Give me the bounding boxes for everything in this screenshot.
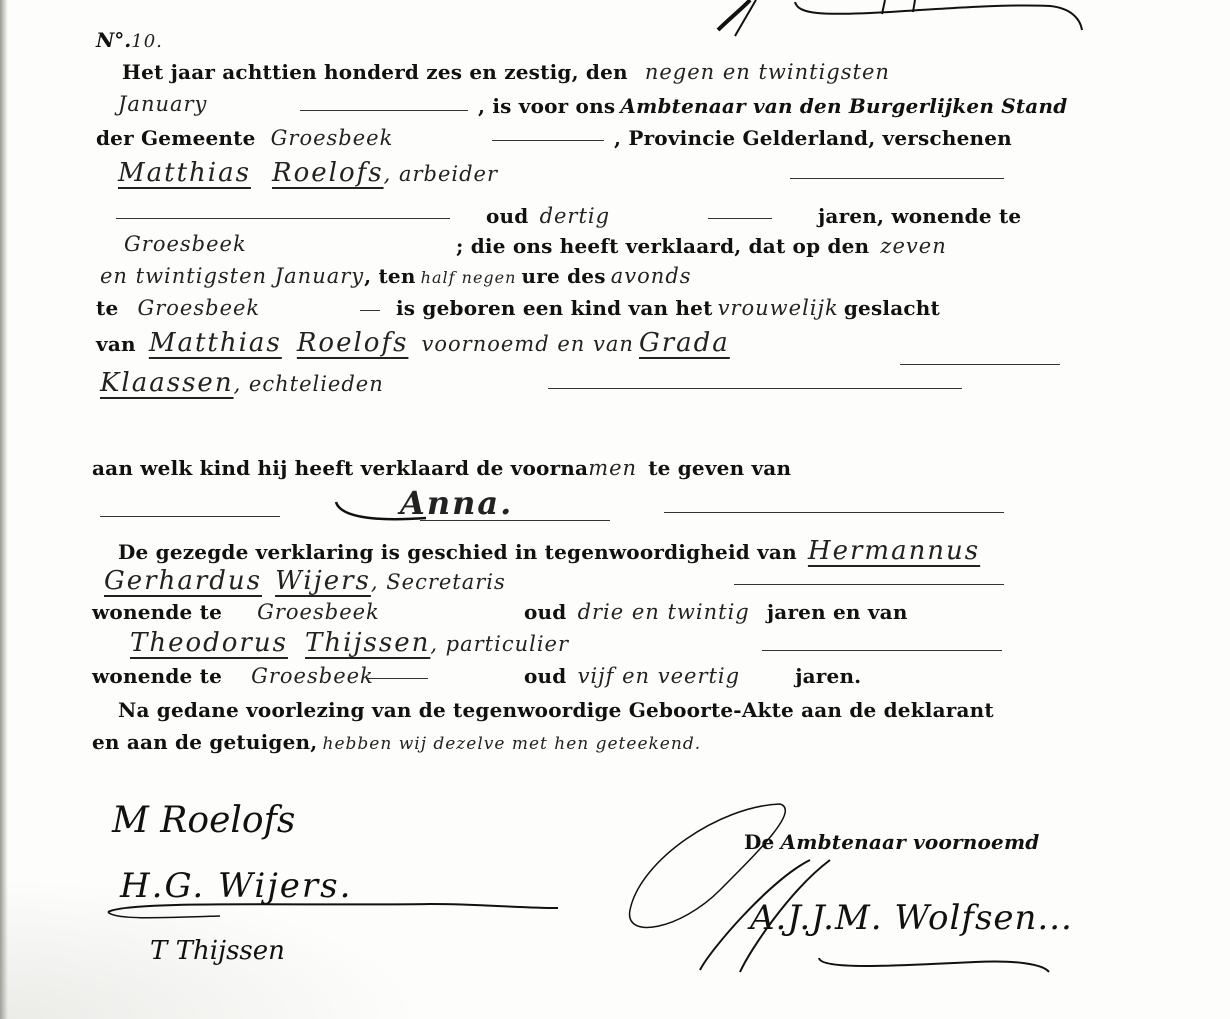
line-9: van Matthias Roelofs voornoemd en van Gr…: [96, 328, 730, 358]
fill-line: [790, 178, 1004, 179]
line-6: Groesbeek: [124, 232, 247, 256]
signature-official: A.J.J.M. Wolfsen...: [750, 898, 1073, 938]
top-signature-flourish: [690, 0, 1090, 40]
witness1-occupation: , Secretaris: [371, 570, 506, 594]
mother-last-name: Klaassen: [100, 368, 234, 398]
declarant-last-name: Roelofs: [272, 158, 384, 188]
printed-text: wonende te: [92, 600, 222, 624]
father-first-name: Matthias: [149, 328, 282, 358]
mother-first-name: Grada: [639, 328, 730, 358]
witness2-occupation: , particulier: [430, 632, 569, 656]
fill-line: [492, 140, 604, 141]
fill-line: [548, 388, 962, 389]
witness1-last-name: Wijers: [275, 566, 371, 596]
line-3b: , Provincie Gelderland, verschenen: [614, 126, 1012, 150]
line-2b: , is voor ons Ambtenaar van den Burgerli…: [478, 94, 1067, 118]
witness1-residence: Groesbeek: [257, 600, 380, 624]
line-6b: ; die ons heeft verklaard, dat op den ze…: [456, 234, 947, 258]
printed-text: , Provincie Gelderland, verschenen: [614, 126, 1012, 150]
handwritten-birth-time: half negen: [421, 268, 517, 287]
printed-text: en aan de getuigen,: [92, 730, 317, 754]
printed-text: te: [96, 296, 118, 320]
printed-italic-title: Ambtenaar van den Burgerlijken Stand: [620, 94, 1067, 118]
line-19: en aan de getuigen, hebben wij dezelve m…: [92, 730, 701, 754]
printed-text: te geven van: [648, 456, 791, 480]
line-10: Klaassen, echtelieden: [100, 368, 384, 398]
number-value: 10.: [131, 31, 163, 52]
printed-text: jaren en van: [767, 600, 908, 624]
printed-text: oud: [486, 204, 528, 228]
fill-line: [734, 584, 1004, 585]
signature-declarant: M Roelofs: [112, 800, 295, 841]
handwritten-marital-status: , echtelieden: [234, 372, 384, 396]
line-18: Na gedane voorlezing van de tegenwoordig…: [118, 698, 994, 722]
number-label: N°.: [96, 28, 131, 52]
witness2-age: vijf en veertig: [578, 664, 741, 688]
certificate-number: N°.10.: [96, 28, 163, 52]
scan-edge: [0, 0, 8, 1019]
printed-text: , is voor ons: [478, 94, 615, 118]
line-4: Matthias Roelofs, arbeider: [118, 158, 498, 188]
line-17: wonende te Groesbeek: [92, 664, 374, 688]
line-12: Anna.: [400, 484, 513, 522]
line-7: en twintigsten January, ten half negen u…: [100, 264, 692, 288]
declarant-first-name: Matthias: [118, 158, 251, 188]
line-14: Gerhardus Wijers, Secretaris: [104, 566, 506, 596]
printed-text: der Gemeente: [96, 126, 256, 150]
printed-text: geslacht: [844, 296, 940, 320]
line-5b: jaren, wonende te: [818, 204, 1021, 228]
handwritten-age: dertig: [540, 204, 611, 228]
fill-line: [708, 218, 772, 219]
line-5: oud dertig: [486, 204, 610, 228]
printed-text: oud: [524, 664, 566, 688]
printed-text: ; die ons heeft verklaard, dat op den: [456, 234, 869, 258]
printed-text: De gezegde verklaring is geschied in teg…: [118, 540, 797, 564]
handwritten-month: January: [118, 92, 207, 116]
line-1: Het jaar achttien honderd zes en zestig,…: [122, 60, 890, 84]
line-3: der Gemeente Groesbeek: [96, 126, 393, 150]
line-15b: oud drie en twintig jaren en van: [524, 600, 908, 624]
signature-witness-2: T Thijssen: [150, 936, 285, 966]
printed-text: jaren, wonende te: [818, 204, 1021, 228]
handwritten-sex: vrouwelijk: [718, 296, 839, 320]
printed-text: oud: [524, 600, 566, 624]
line-16: Theodorus Thijssen, particulier: [130, 628, 569, 658]
witness-1-flourish: [100, 894, 560, 924]
handwritten-municipality: Groesbeek: [271, 126, 394, 150]
child-given-name: Anna.: [400, 484, 513, 522]
fill-line: [300, 110, 468, 111]
printed-text: Het jaar achttien honderd zes en zestig,…: [122, 60, 628, 84]
line-11: aan welk kind hij heeft verklaard de voo…: [92, 456, 791, 480]
fill-line: [116, 218, 450, 219]
fill-line: [360, 310, 380, 311]
handwritten-closing: hebben wij dezelve met hen geteekend.: [323, 734, 702, 754]
handwritten-day: negen en twintigsten: [645, 60, 890, 84]
handwritten-text: men: [588, 456, 637, 480]
line-15: wonende te Groesbeek: [92, 600, 380, 624]
official-underline: [815, 952, 1055, 976]
witness2-first-name: Theodorus: [130, 628, 288, 658]
printed-text: is geboren een kind van het: [396, 296, 713, 320]
witness1-middle-name: Gerhardus: [104, 566, 262, 596]
fill-line: [100, 516, 280, 517]
printed-text: aan welk kind hij heeft verklaard de voo…: [92, 456, 588, 480]
line-13: De gezegde verklaring is geschied in teg…: [118, 536, 980, 566]
handwritten-residence: Groesbeek: [124, 232, 247, 256]
handwritten-text: voornoemd en van: [422, 332, 634, 356]
witness2-last-name: Thijssen: [305, 628, 430, 658]
declarant-occupation: , arbeider: [384, 162, 498, 186]
fill-line: [762, 650, 1002, 651]
witness1-age: drie en twintig: [578, 600, 750, 624]
printed-text: , ten: [364, 264, 415, 288]
witness2-residence: Groesbeek: [251, 664, 374, 688]
line-8: te Groesbeek: [96, 296, 260, 320]
handwritten-birth-day: zeven: [880, 234, 946, 258]
printed-text: wonende te: [92, 664, 222, 688]
printed-text: jaren.: [795, 664, 861, 688]
printed-text: Na gedane voorlezing van de tegenwoordig…: [118, 698, 994, 722]
handwritten-birthplace: Groesbeek: [137, 296, 260, 320]
line-17b: oud vijf en veertig jaren.: [524, 664, 861, 688]
fill-line: [368, 678, 428, 679]
fill-line: [420, 520, 610, 521]
line-2: January: [118, 92, 207, 116]
handwritten-birth-date: en twintigsten January: [100, 264, 364, 288]
printed-text: ure des: [522, 264, 606, 288]
father-last-name: Roelofs: [297, 328, 409, 358]
handwritten-day-part: avonds: [611, 264, 692, 288]
fill-line: [664, 512, 1004, 513]
printed-text: van: [96, 332, 136, 356]
fill-line: [900, 364, 1060, 365]
witness1-first-name: Hermannus: [808, 536, 980, 566]
line-8b: is geboren een kind van het vrouwelijk g…: [396, 296, 940, 320]
